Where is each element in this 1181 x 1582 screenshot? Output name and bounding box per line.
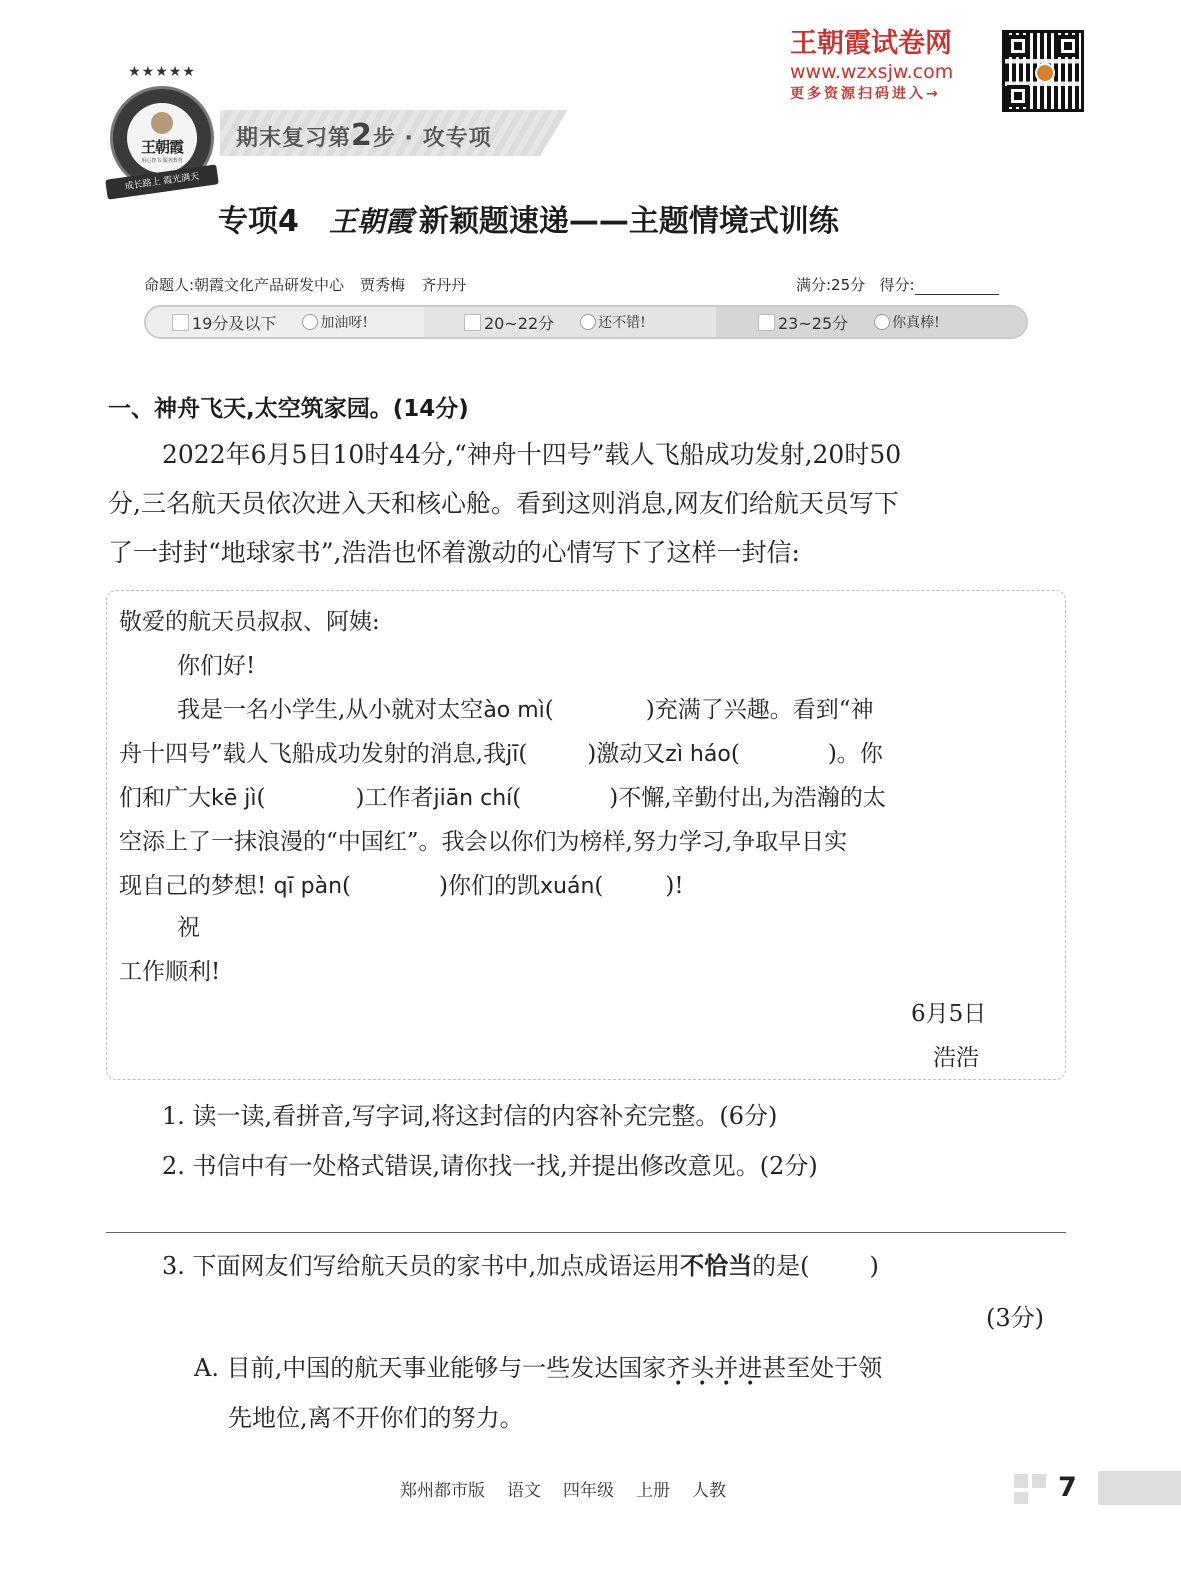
score-label: 得分: (879, 276, 914, 294)
author-name: 贾秀梅 (360, 276, 405, 294)
letter-greeting: 你们好! (177, 647, 255, 680)
publisher-logo: ★★★★★ 王朝霞 用心智书 服务教育 成长路上 霞光满天 (104, 64, 220, 200)
letter-body-line: 空添上了一抹浪漫的“中国红”。我会以你们为榜样,努力学习,争取早日实 (119, 823, 847, 856)
letter-box: 敬爱的航天员叔叔、阿姨: 你们好! 我是一名小学生,从小就对太空ào mì()充… (106, 590, 1066, 1080)
title-brand-script: 王朝霞 (329, 205, 413, 238)
footer-info: 郑州都市版语文四年级上册人教 (400, 1476, 748, 1501)
score-band-checkbox[interactable] (172, 314, 189, 331)
score-bands: 19分及以下 加油呀! 20~22分 还不错! 23~25分 你真棒! (144, 305, 1028, 339)
logo-motto: 用心智书 服务教育 (141, 157, 183, 164)
score-band-checkbox[interactable] (758, 314, 775, 331)
letter-salutation: 敬爱的航天员叔叔、阿姨: (119, 603, 380, 636)
pinyin: jī (506, 742, 518, 767)
brand-cta: 更多资源扫码进入→ (790, 84, 1000, 104)
pinyin: xuán (540, 874, 594, 899)
letter-date: 6月5日 (911, 995, 986, 1028)
letter-body-line: 们和广大kē jì()工作者jiān chí()不懈,辛勤付出,为浩瀚的太 (119, 779, 886, 812)
score-band-checkbox[interactable] (464, 314, 481, 331)
authors-label: 命题人:朝霞文化产品研发中心 (144, 276, 344, 294)
logo-name: 王朝霞 (141, 136, 183, 157)
happy-face-icon (874, 314, 890, 330)
score-band: 19分及以下 加油呀! (146, 307, 440, 337)
question-3: 3. 下面网友们写给航天员的家书中,加点成语运用不恰当的是() (162, 1246, 879, 1281)
section-intro: 2022年6月5日10时44分,“神舟十四号”载人飞船成功发射,20时50 分,… (108, 430, 1068, 577)
brand-title: 王朝霞试卷网 (790, 28, 1000, 60)
page-deco (1014, 1474, 1028, 1488)
brand-block: 王朝霞试卷网 www.wzxsjw.com 更多资源扫码进入→ (790, 28, 1000, 104)
page-deco (1032, 1474, 1046, 1488)
page-number: 7 (1058, 1472, 1077, 1503)
letter-body-line: 现自己的梦想! qī pàn()你们的凯xuán()! (119, 867, 684, 900)
letter-body-line: 我是一名小学生,从小就对太空ào mì()充满了兴趣。看到“神 (177, 691, 874, 724)
smile-face-icon (580, 314, 596, 330)
qr-code-icon[interactable] (1002, 30, 1084, 112)
score-band: 20~22分 还不错! (424, 307, 732, 337)
page-deco (1014, 1492, 1028, 1504)
brand-url-link[interactable]: www.wzxsjw.com (790, 60, 1000, 84)
section-number: 专项4 (218, 204, 299, 239)
cheer-face-icon (302, 314, 318, 330)
answer-divider (106, 1232, 1066, 1233)
question-1: 1. 读一读,看拼音,写字词,将这封信的内容补充完整。(6分) (162, 1096, 777, 1131)
pinyin: jiān chí (433, 786, 512, 811)
option-a[interactable]: A. 目前,中国的航天事业能够与一些发达国家齐头并进甚至处于领 (194, 1348, 882, 1383)
full-score: 满分:25分 (796, 276, 865, 294)
author-name: 齐丹丹 (421, 276, 466, 294)
section-heading: 一、神舟飞天,太空筑家园。(14分) (108, 390, 469, 423)
step-number: 2 (351, 118, 373, 153)
score-band: 23~25分 你真棒! (716, 307, 1026, 337)
step-banner: 期末复习第2步 · 攻专项 (236, 118, 492, 153)
letter-signature: 浩浩 (933, 1039, 979, 1072)
page-title: 专项4王朝霞新颖题速递——主题情境式训练 (218, 196, 839, 240)
page-tab-bar (1098, 1471, 1181, 1505)
option-a-continued: 先地位,离不开你们的努力。 (228, 1398, 524, 1433)
qr-emblem-icon (1035, 63, 1055, 83)
pinyin: qī pàn (274, 874, 342, 899)
letter-wish: 祝 (177, 909, 200, 942)
logo-stars-icon: ★★★★★ (114, 64, 210, 80)
question-2: 2. 书信中有一处格式错误,请你找一找,并提出修改意见。(2分) (162, 1146, 818, 1181)
pinyin: zì háo (665, 742, 731, 767)
pinyin: kē jì (211, 786, 257, 811)
logo-portrait-icon (151, 112, 173, 134)
pinyin: ào mì (483, 698, 544, 723)
score-field[interactable] (915, 279, 999, 295)
letter-body-line: 舟十四号”载人飞船成功发射的消息,我jī()激动又zì háo()。你 (119, 735, 883, 768)
title-main: 新颖题速递——主题情境式训练 (419, 204, 839, 239)
question-3-points: (3分) (986, 1298, 1044, 1333)
letter-wish-line: 工作顺利! (119, 953, 220, 986)
